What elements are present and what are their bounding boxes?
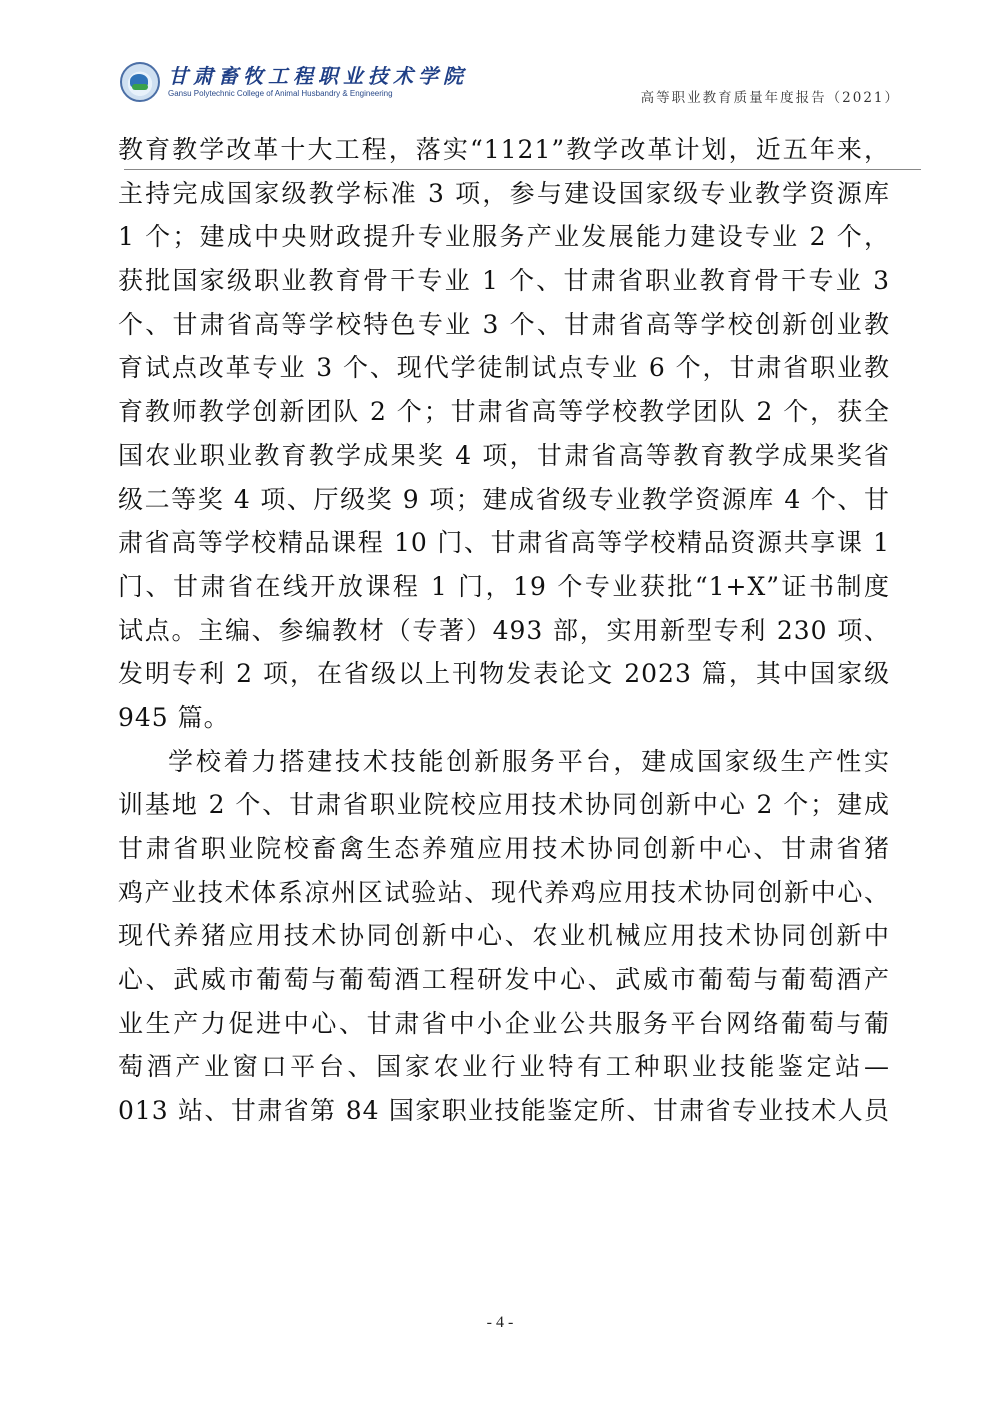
- text-line: 个、甘肃省高等学校特色专业 3 个、甘肃省高等学校创新创业教: [118, 303, 890, 347]
- text-line: 门、甘肃省在线开放课程 1 门，19 个专业获批“1+X”证书制度: [118, 565, 890, 609]
- text-line: 945 篇。: [118, 696, 890, 740]
- text-line: 试点。主编、参编教材（专著）493 部，实用新型专利 230 项、: [118, 609, 890, 653]
- text-line: 1 个；建成中央财政提升专业服务产业发展能力建设专业 2 个，: [118, 215, 890, 259]
- text-line: 主持完成国家级教学标准 3 项，参与建设国家级专业教学资源库: [118, 172, 890, 216]
- paragraph-2: 学校着力搭建技术技能创新服务平台，建成国家级生产性实 训基地 2 个、甘肃省职业…: [118, 740, 890, 1133]
- page-number: - 4 -: [0, 1314, 1000, 1332]
- page-header: 甘肃畜牧工程职业技术学院 Gansu Polytechnic College o…: [112, 58, 910, 108]
- text-line: 013 站、甘肃省第 84 国家职业技能鉴定所、甘肃省专业技术人员: [118, 1089, 890, 1133]
- text-line: 萄酒产业窗口平台、国家农业行业特有工种职业技能鉴定站—: [118, 1045, 890, 1089]
- text-line: 级二等奖 4 项、厅级奖 9 项；建成省级专业教学资源库 4 个、甘: [118, 478, 890, 522]
- report-title: 高等职业教育质量年度报告（2021）: [641, 86, 900, 106]
- text-line: 心、武威市葡萄与葡萄酒工程研发中心、武威市葡萄与葡萄酒产: [118, 958, 890, 1002]
- text-line: 育教师教学创新团队 2 个；甘肃省高等学校教学团队 2 个，获全: [118, 390, 890, 434]
- college-name-cn: 甘肃畜牧工程职业技术学院: [168, 65, 468, 87]
- text-line: 训基地 2 个、甘肃省职业院校应用技术协同创新中心 2 个；建成: [118, 783, 890, 827]
- text-line: 教育教学改革十大工程，落实“1121”教学改革计划，近五年来，: [118, 128, 890, 172]
- college-name-en: Gansu Polytechnic College of Animal Husb…: [168, 88, 468, 99]
- text-line: 甘肃省职业院校畜禽生态养殖应用技术协同创新中心、甘肃省猪: [118, 827, 890, 871]
- text-line: 育试点改革专业 3 个、现代学徒制试点专业 6 个，甘肃省职业教: [118, 346, 890, 390]
- document-body: 教育教学改革十大工程，落实“1121”教学改革计划，近五年来， 主持完成国家级教…: [118, 128, 890, 1133]
- text-line: 国农业职业教育教学成果奖 4 项，甘肃省高等教育教学成果奖省: [118, 434, 890, 478]
- college-emblem-icon: [120, 62, 160, 102]
- text-line: 获批国家级职业教育骨干专业 1 个、甘肃省职业教育骨干专业 3: [118, 259, 890, 303]
- college-branding: 甘肃畜牧工程职业技术学院 Gansu Polytechnic College o…: [120, 62, 468, 102]
- text-line: 肃省高等学校精品课程 10 门、甘肃省高等学校精品资源共享课 1: [118, 521, 890, 565]
- text-line: 鸡产业技术体系凉州区试验站、现代养鸡应用技术协同创新中心、: [118, 871, 890, 915]
- text-line: 现代养猪应用技术协同创新中心、农业机械应用技术协同创新中: [118, 914, 890, 958]
- college-name: 甘肃畜牧工程职业技术学院 Gansu Polytechnic College o…: [168, 65, 468, 99]
- paragraph-1: 教育教学改革十大工程，落实“1121”教学改革计划，近五年来， 主持完成国家级教…: [118, 128, 890, 740]
- text-line: 业生产力促进中心、甘肃省中小企业公共服务平台网络葡萄与葡: [118, 1002, 890, 1046]
- text-line: 发明专利 2 项，在省级以上刊物发表论文 2023 篇，其中国家级: [118, 652, 890, 696]
- text-line: 学校着力搭建技术技能创新服务平台，建成国家级生产性实: [118, 740, 890, 784]
